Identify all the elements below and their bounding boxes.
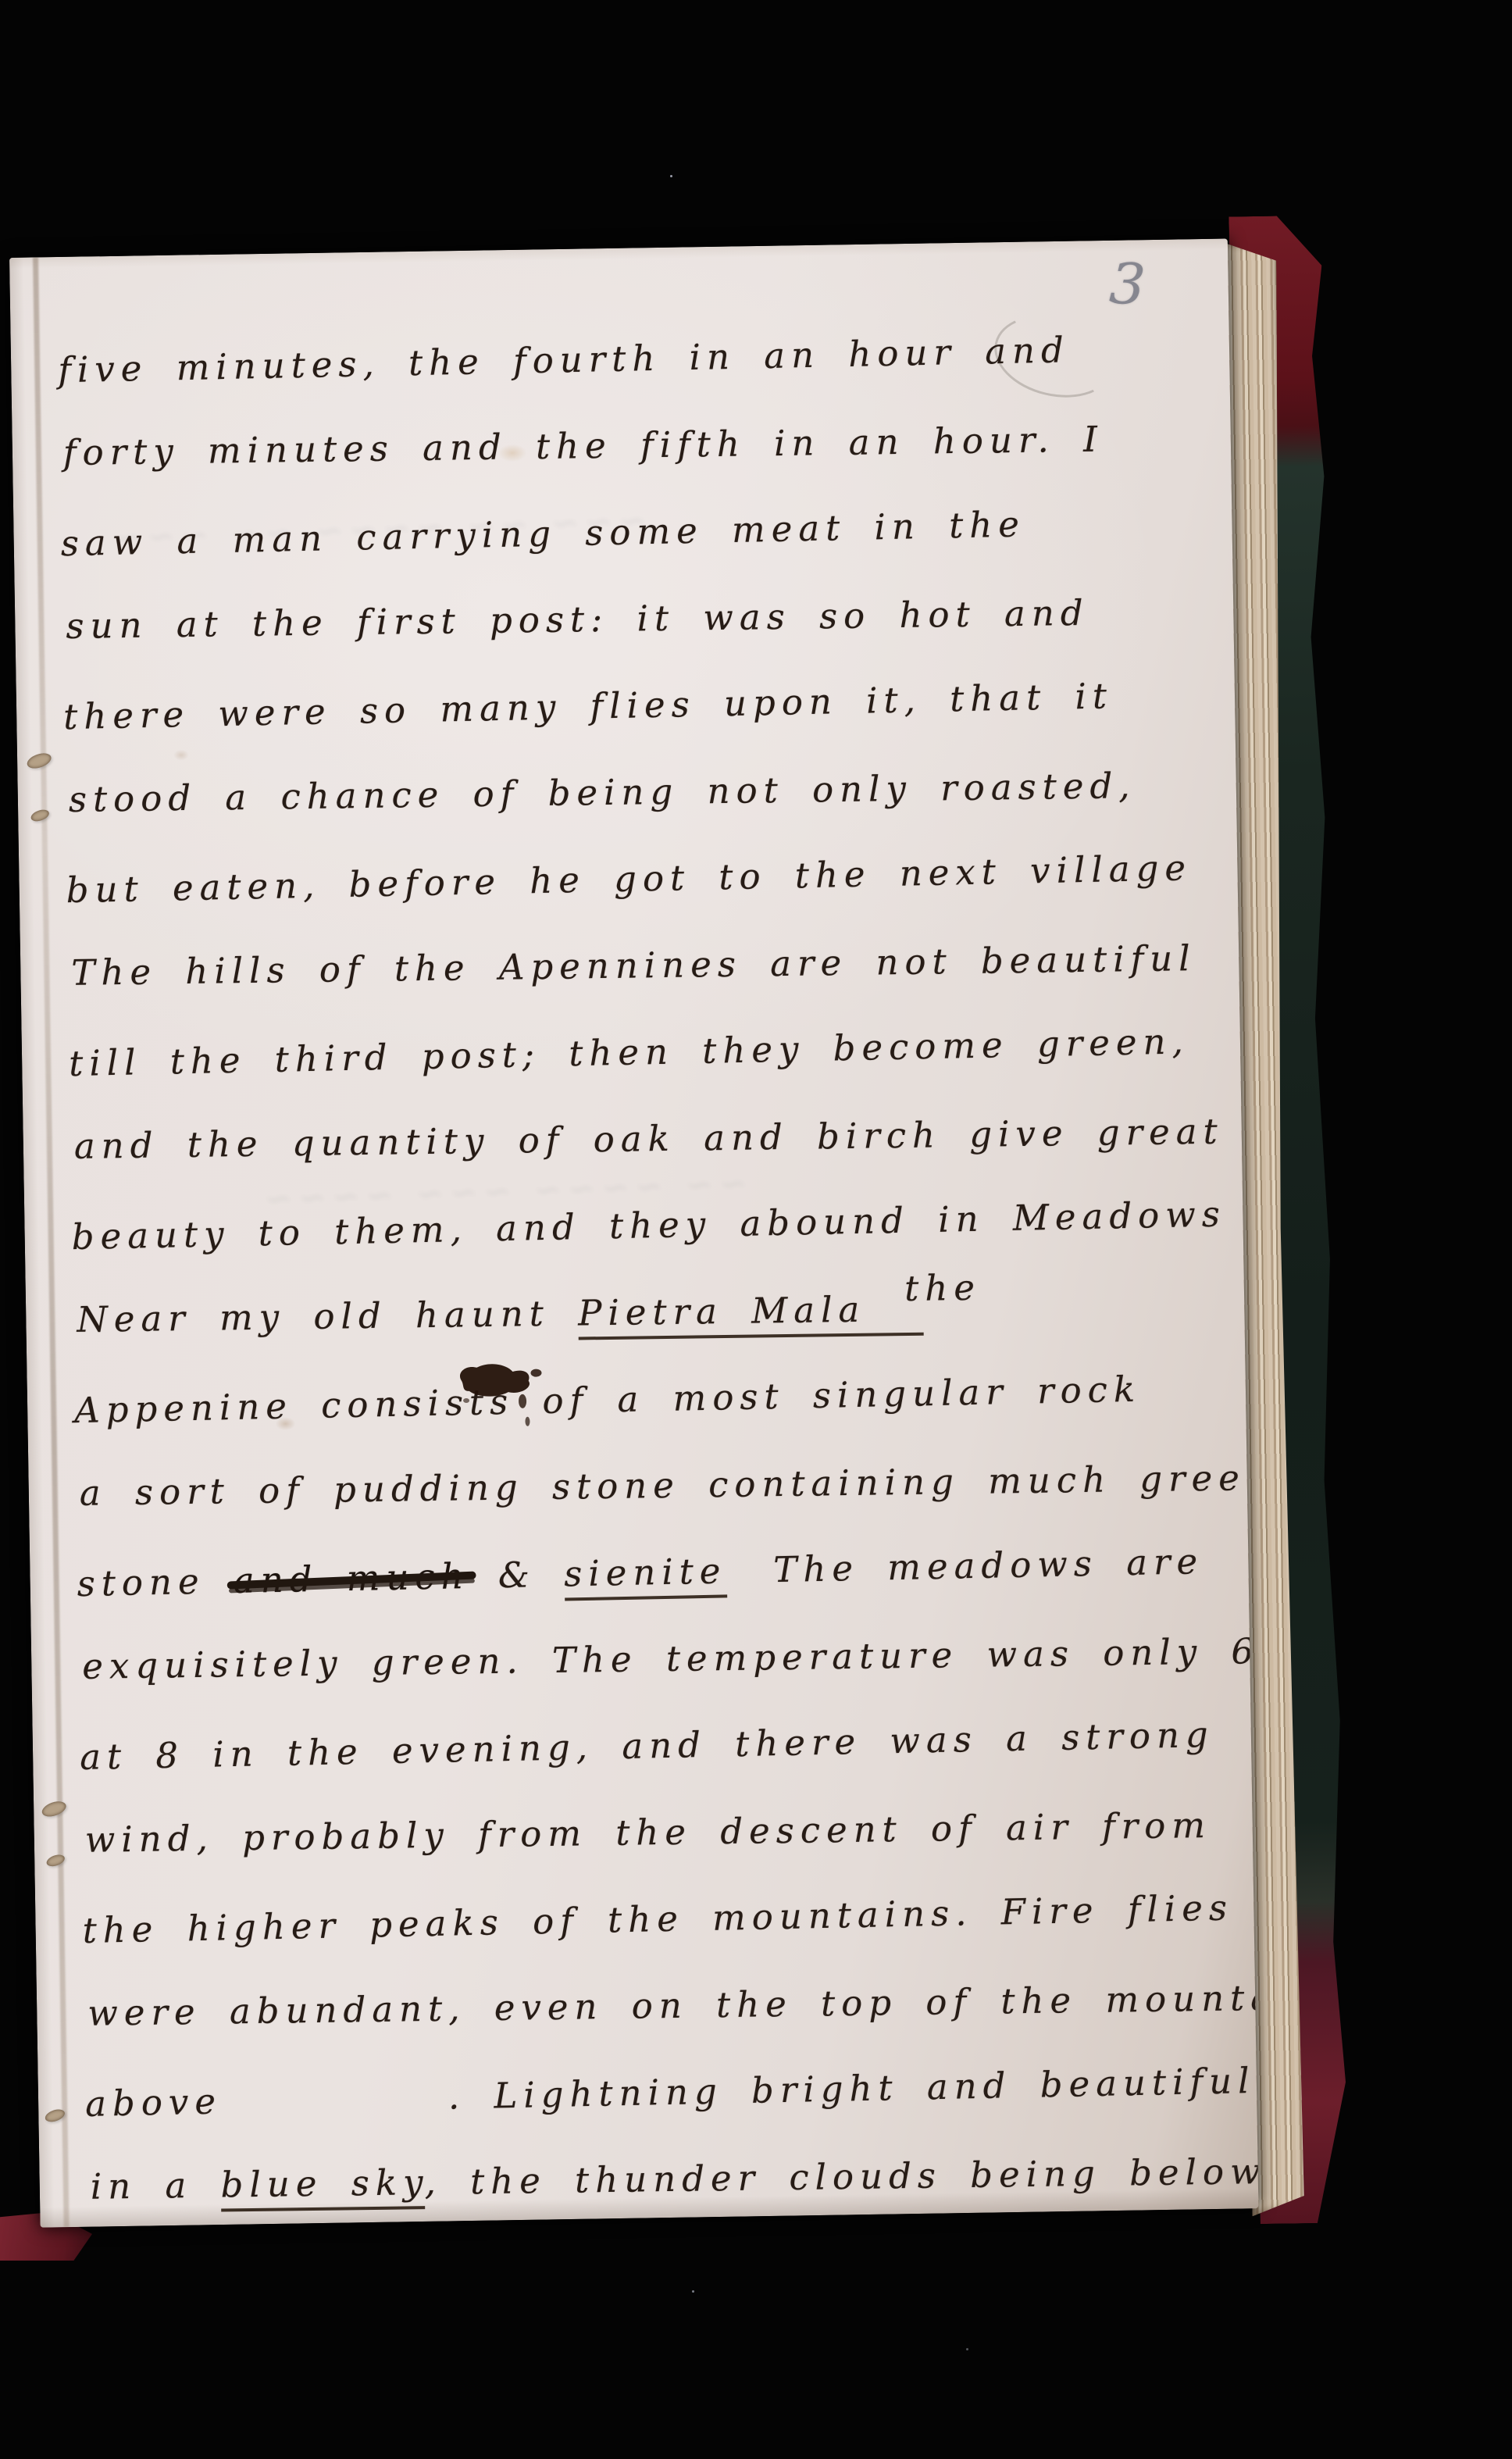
journal-page: 3 ~~~ ~~ ~~~~ ~~ ~~~ ~~ ~~~~ ~~~ ~~~~ fi…: [9, 238, 1258, 2227]
manuscript-segment: Pietra Mala: [578, 1288, 924, 1340]
manuscript-segment: at 8 in the evening, and there was a str…: [80, 1714, 1215, 1778]
text-gap: [222, 2109, 448, 2114]
manuscript-segment: Appenine consists of a most singular roc…: [74, 1369, 1142, 1431]
manuscript-segment: wind, probably from the descent of air f…: [84, 1804, 1211, 1861]
stitch-hole: [25, 751, 53, 771]
manuscript-segment: till the third post; then they become gr…: [69, 1020, 1190, 1084]
dust-speck: [692, 2290, 694, 2293]
manuscript-segment: &: [469, 1554, 565, 1597]
manuscript-segment: exquisitely green. The temperature was o…: [82, 1629, 1258, 1687]
manuscript-segment: The meadows are: [773, 1540, 1204, 1590]
manuscript-segment: a sort of pudding stone containing much …: [80, 1457, 1259, 1514]
manuscript-segment: the higher peaks of the mountains. Fire …: [82, 1886, 1233, 1951]
manuscript-segment: blue sky: [220, 2161, 425, 2211]
ink-blot: [455, 1348, 604, 1436]
manuscript-segment: but eaten, before he got to the next vil…: [66, 847, 1192, 911]
manuscript-segment: stone: [77, 1560, 234, 1604]
manuscript-segment: above: [85, 2080, 223, 2124]
manuscript-segment: five minutes, the fourth in an hour and: [58, 329, 1071, 391]
manuscript-segment: the: [904, 1244, 981, 1332]
manuscript-segment: beauty to them, and they abound in Meado…: [71, 1193, 1226, 1258]
manuscript-segment: The hills of the Apennines are not beaut…: [71, 937, 1196, 994]
stitch-hole: [30, 808, 51, 823]
manuscript-segment: and the quantity of oak and birch give g…: [74, 1111, 1224, 1167]
manuscript-segment: there were so many flies upon it, that i…: [63, 675, 1114, 737]
stitch-hole: [40, 1799, 68, 1819]
manuscript-segment: in a: [90, 2165, 220, 2207]
manuscript-segment: sun at the first post: it was so hot and: [66, 592, 1089, 647]
text-gap: [727, 1582, 774, 1583]
manuscript-segment: , the thunder clouds being below: [424, 2150, 1258, 2203]
manuscript-segment: and much: [233, 1555, 470, 1601]
manuscript-segment: were abundant, even on the top of the mo…: [87, 1976, 1258, 2034]
manuscript-segment: sienite: [564, 1550, 727, 1601]
manuscript-text: five minutes, the fourth in an hour andf…: [57, 306, 1243, 2228]
manuscript-segment: [876, 1288, 905, 1329]
dust-speck: [670, 175, 672, 177]
photograph-of-journal: 3 ~~~ ~~ ~~~~ ~~ ~~~ ~~ ~~~~ ~~~ ~~~~ fi…: [0, 0, 1512, 2459]
dust-speck: [966, 2348, 968, 2350]
manuscript-segment: . Lightning bright and beautiful: [448, 2060, 1256, 2118]
manuscript-segment: stood a chance of being not only roasted…: [69, 765, 1136, 820]
manuscript-segment: saw a man carrying some meat in the: [60, 503, 1025, 564]
manuscript-segment: forty minutes and the fifth in an hour. …: [63, 419, 1104, 473]
manuscript-line: in a blue sky, the thunder clouds being …: [90, 2128, 1243, 2227]
manuscript-segment: Near my old haunt: [77, 1292, 578, 1340]
